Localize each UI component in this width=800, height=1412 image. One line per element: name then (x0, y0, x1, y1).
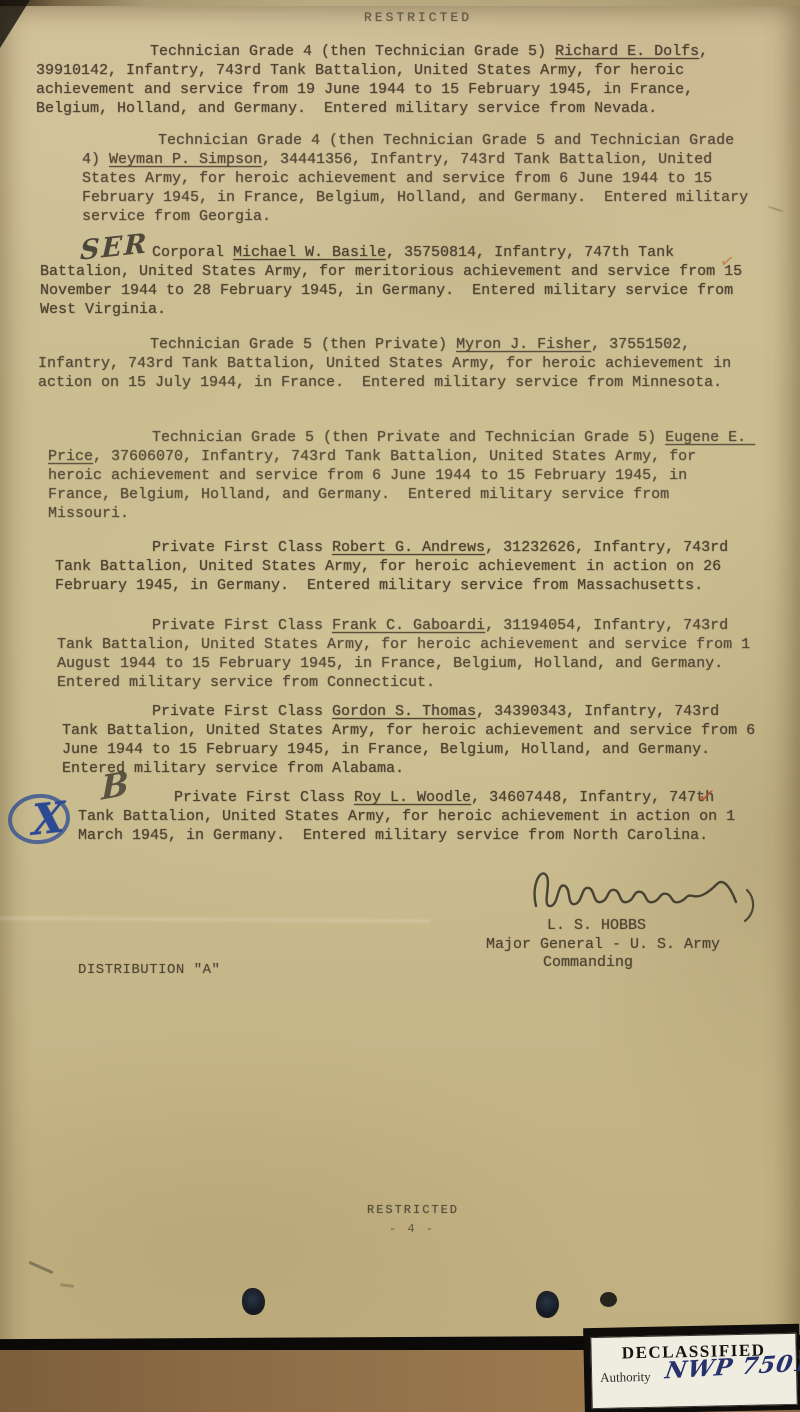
soldier-name: Weyman P. Simpson (109, 151, 262, 168)
declassified-stamp: DECLASSIFIED Authority NWP 75017 (583, 1324, 800, 1412)
paper-crease (180, 640, 740, 642)
signer-name: L. S. HOBBS (547, 917, 646, 934)
citation-paragraph: Private First Class Roy L. Woodle, 34607… (78, 788, 758, 845)
citation-paragraph: Private First Class Gordon S. Thomas, 34… (62, 702, 758, 778)
handwritten-margin-note-b: B (101, 763, 128, 807)
punch-hole (534, 1290, 561, 1320)
circled-x-annotation: X (6, 792, 82, 850)
citation-paragraph: Technician Grade 5 (then Private and Tec… (48, 428, 757, 523)
signer-role: Commanding (543, 954, 633, 971)
soldier-name: Frank C. Gaboardi (332, 617, 485, 634)
citation-lead: Private First Class (152, 617, 332, 634)
declassified-authority-label: Authority (600, 1369, 651, 1386)
citation-paragraph: Private First Class Frank C. Gaboardi, 3… (57, 616, 758, 692)
soldier-name: Myron J. Fisher (456, 336, 591, 353)
punch-hole-notch (600, 1292, 617, 1307)
check-mark-icon: ✓ (696, 783, 717, 809)
citation-lead: Private First Class (152, 703, 332, 720)
soldier-name: Michael W. Basile (233, 244, 386, 261)
handwritten-x-mark: X (32, 792, 64, 845)
declassified-stamp-label: DECLASSIFIED Authority NWP 75017 (590, 1333, 797, 1409)
punch-hole (242, 1288, 265, 1315)
scanned-document-page: RESTRICTED Technician Grade 4 (then Tech… (0, 0, 800, 1412)
citation-paragraph: Private First Class Robert G. Andrews, 3… (55, 538, 759, 595)
soldier-name: Gordon S. Thomas (332, 703, 476, 720)
citation-paragraph: Technician Grade 4 (then Technician Grad… (82, 131, 758, 226)
pencil-smudge (29, 1261, 54, 1274)
citation-lead: Private First Class (174, 789, 354, 806)
signer-title: Major General - U. S. Army (486, 936, 720, 953)
citation-paragraph: Technician Grade 5 (then Private) Myron … (38, 335, 757, 392)
paper-top-edge (0, 0, 800, 6)
classification-header: RESTRICTED (364, 10, 472, 25)
paper-crease (0, 916, 430, 922)
paper-corner-shadow (0, 0, 30, 48)
distribution-line: DISTRIBUTION "A" (78, 962, 220, 978)
pencil-smudge (60, 1283, 74, 1288)
citation-lead: Private First Class (152, 539, 332, 556)
soldier-name: Roy L. Woodle (354, 789, 471, 806)
citation-lead: Technician Grade 4 (then Technician Grad… (150, 43, 555, 60)
handwritten-signature (528, 860, 768, 922)
soldier-name: Robert G. Andrews (332, 539, 485, 556)
page-number: - 4 - (389, 1222, 435, 1236)
citation-lead: Corporal (152, 244, 233, 261)
pencil-smudge (768, 206, 783, 213)
citation-body: , 37606070, Infantry, 743rd Tank Battali… (48, 448, 705, 522)
citation-lead: Technician Grade 5 (then Private) (150, 336, 456, 353)
classification-footer: RESTRICTED (367, 1203, 459, 1217)
citation-paragraph: Technician Grade 4 (then Technician Grad… (36, 42, 758, 118)
soldier-name: Richard E. Dolfs (555, 43, 699, 60)
citation-lead: Technician Grade 5 (then Private and Tec… (152, 429, 665, 446)
